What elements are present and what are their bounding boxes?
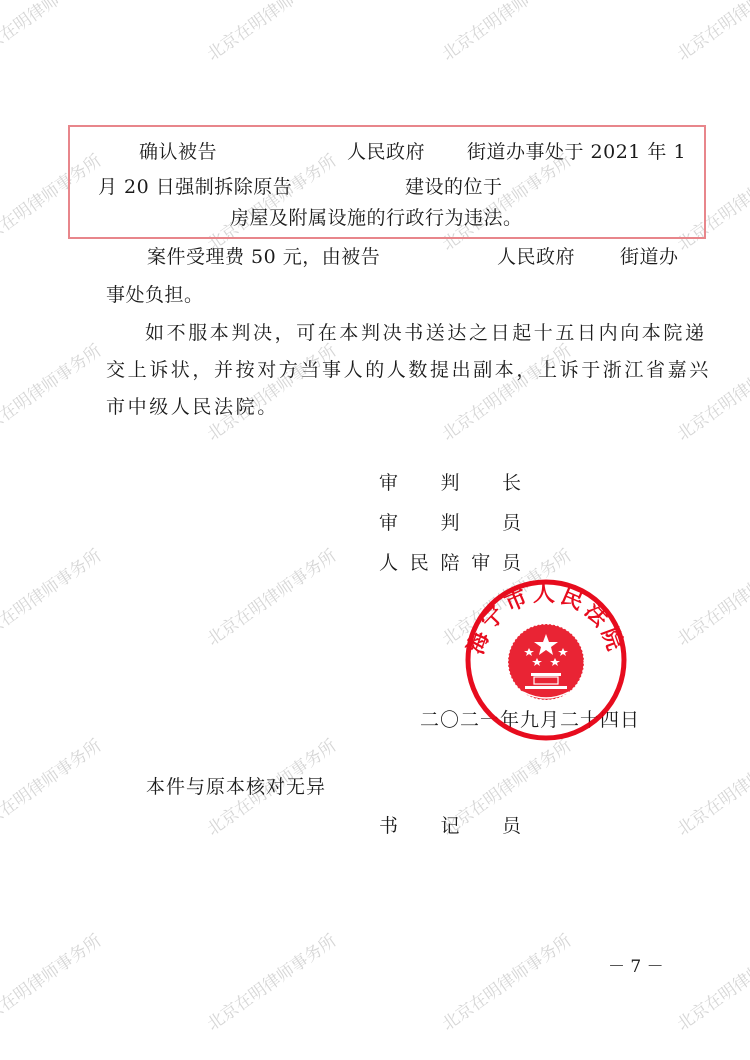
appeal-text: 如不服本判决，可在本判决书送达之日起十五日内向本院递: [145, 322, 707, 344]
signature-char: 判: [440, 512, 459, 534]
fee-text: 街道办: [620, 246, 679, 268]
signature-char: 员: [502, 512, 521, 534]
court-seal-icon: 海宁市人民法院: [463, 578, 629, 742]
signature-people-assessor: 人 民 陪 审 员: [379, 552, 521, 574]
document-content: 确认被告 人民政府 街道办事处于 2021 年 1 月 20 日强制拆除原告 建…: [0, 0, 750, 1060]
certification-text: 本件与原本核对无异: [146, 776, 326, 798]
highlight-box: [68, 125, 706, 239]
signature-judge: 审 判 员: [379, 512, 521, 534]
signature-char: 审: [379, 472, 398, 494]
signature-char: 员: [502, 552, 521, 574]
fee-text: 案件受理费 50 元，由被告: [147, 246, 380, 268]
page-number: － 7 －: [608, 957, 664, 977]
signature-char: 民: [410, 552, 429, 574]
document-page: 北京在明律师事务所 北京在明律师事务所 北京在明律师事务所 北京在明律师事务所 …: [0, 0, 750, 1060]
signature-char: 陪: [440, 552, 459, 574]
signature-char: 审: [471, 552, 490, 574]
fee-text: 人民政府: [497, 246, 575, 268]
signature-char: 记: [440, 815, 459, 837]
signature-presiding-judge: 审 判 长: [379, 472, 521, 494]
signature-clerk: 书 记 员: [379, 815, 521, 837]
fee-text: 事处负担。: [106, 284, 204, 306]
signature-char: 员: [502, 815, 521, 837]
signature-char: 审: [379, 512, 398, 534]
signature-char: 判: [440, 472, 459, 494]
appeal-text: 市中级人民法院。: [106, 396, 279, 418]
signature-char: 人: [379, 552, 398, 574]
signature-char: 书: [379, 815, 398, 837]
appeal-text: 交上诉状，并按对方当事人的人数提出副本，上诉于浙江省嘉兴: [106, 359, 711, 381]
signature-char: 长: [502, 472, 521, 494]
